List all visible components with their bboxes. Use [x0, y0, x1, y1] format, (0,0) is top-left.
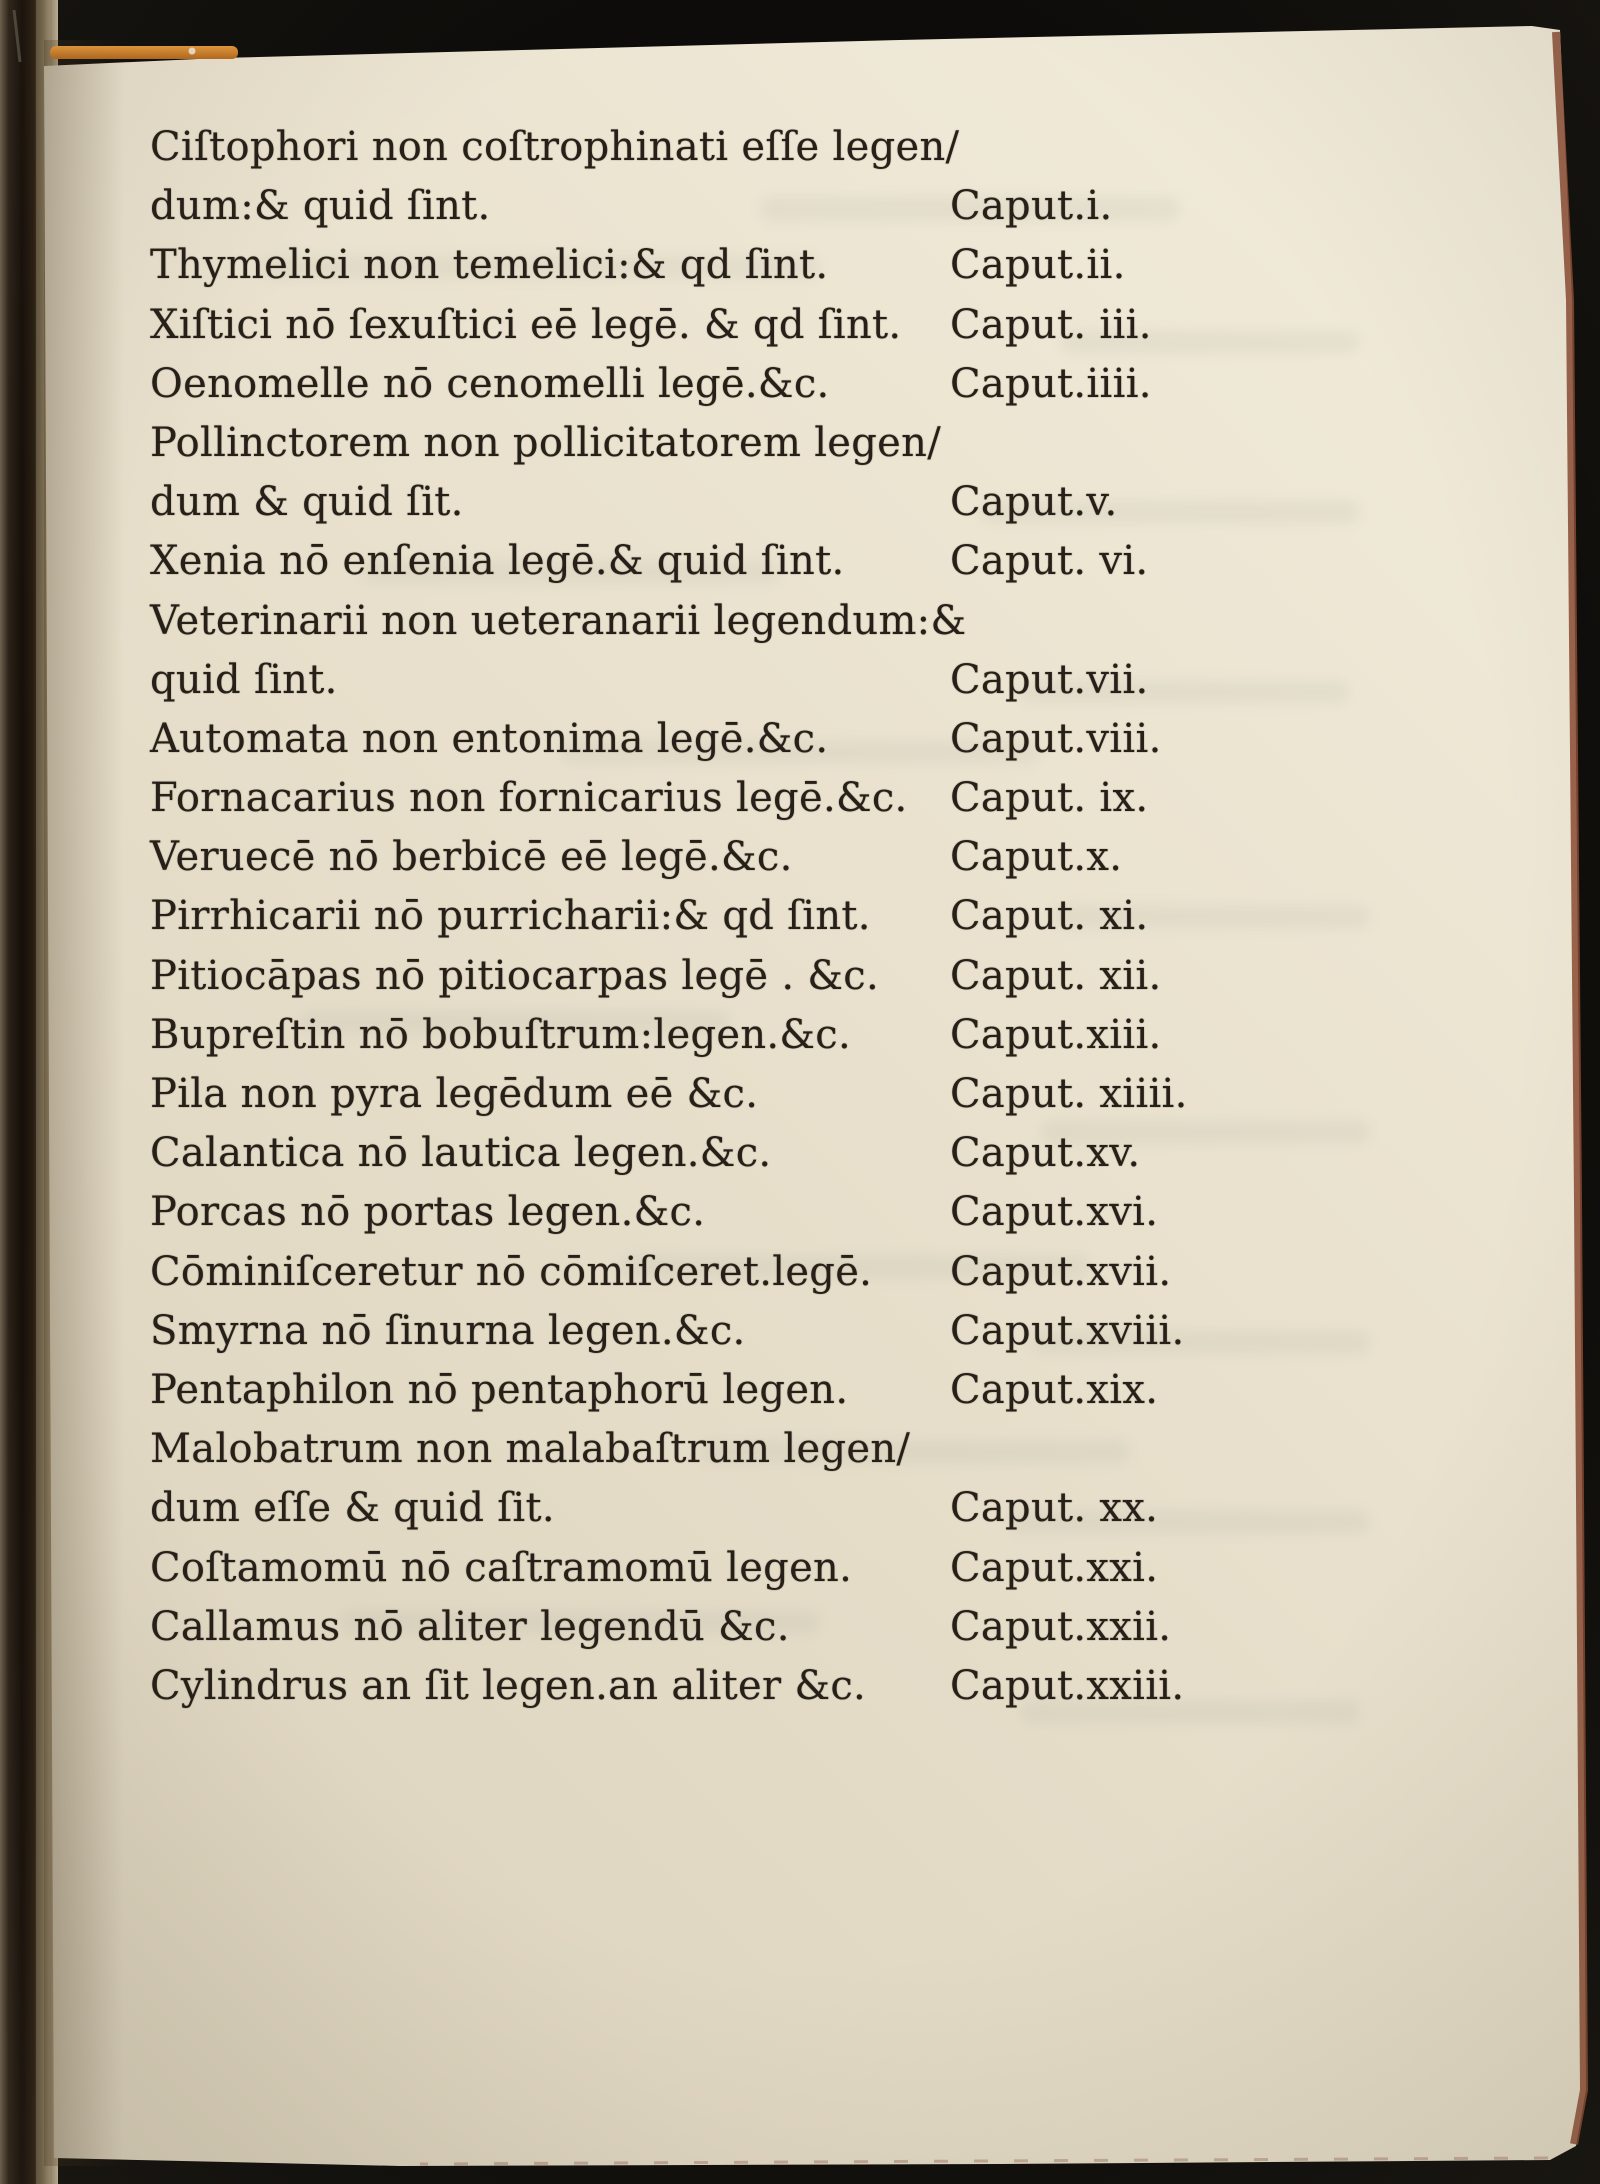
- toc-entry-text: Cylindrus an ſit legen.an aliter &c.: [150, 1657, 866, 1716]
- chapter-number: Caput.viii.: [950, 710, 1162, 769]
- toc-entry-text: dum:& quid ſint.: [150, 177, 491, 236]
- toc-row: Cōminiſceretur nō cōmiſceret.legē. Caput…: [150, 1243, 1450, 1302]
- toc-row: Veruecē nō berbicē eē legē.&c. Caput.x.: [150, 828, 1450, 887]
- toc-entry-text: Pirrhicarii nō purricharii:& qd ſint.: [150, 887, 871, 946]
- toc-row: Oenomelle nō cenomelli legē.&c. Caput.ii…: [150, 355, 1450, 414]
- toc-row: Pitiocāpas nō pitiocarpas legē . &c. Cap…: [150, 947, 1450, 1006]
- toc-entry-text: Pila non pyra legēdum eē &c.: [150, 1065, 758, 1124]
- chapter-number: Caput.xviii.: [950, 1302, 1184, 1361]
- chapter-number: Caput. ix.: [950, 769, 1148, 828]
- toc-row: Thymelici non temelici:& qd ſint. Caput.…: [150, 236, 1450, 295]
- toc-entry-text: Fornacarius non fornicarius legē.&c.: [150, 769, 908, 828]
- chapter-number: Caput.i.: [950, 177, 1113, 236]
- toc-row: Automata non entonima legē.&c. Caput.vii…: [150, 710, 1450, 769]
- chapter-number: Caput.iiii.: [950, 355, 1152, 414]
- toc-row: Pentaphilon nō pentaphorū legen. Caput.x…: [150, 1361, 1450, 1420]
- chapter-number: Caput. xx.: [950, 1479, 1158, 1538]
- toc-row: Calantica nō lautica legen.&c. Caput.xv.: [150, 1124, 1450, 1183]
- toc-entry-text: Xiſtici nō ſexuſtici eē legē. & qd ſint.: [150, 296, 901, 355]
- toc-row: dum:& quid ſint. Caput.i.: [150, 177, 1450, 236]
- toc-row: dum eſſe & quid ſit. Caput. xx.: [150, 1479, 1450, 1538]
- toc-entry-text: Veruecē nō berbicē eē legē.&c.: [150, 828, 793, 887]
- toc-entry-text: dum eſſe & quid ſit.: [150, 1479, 555, 1538]
- toc-row: Pila non pyra legēdum eē &c. Caput. xiii…: [150, 1065, 1450, 1124]
- toc-entry-text: Ciſtophori non coſtrophinati eſſe legen/: [150, 118, 959, 177]
- toc-entry-text: Callamus nō aliter legendū &c.: [150, 1598, 790, 1657]
- toc-row: dum & quid ſit. Caput.v.: [150, 473, 1450, 532]
- chapter-number: Caput.xvii.: [950, 1243, 1171, 1302]
- chapter-number: Caput. xiiii.: [950, 1065, 1188, 1124]
- toc-row: Xenia nō enſenia legē.& quid ſint. Caput…: [150, 532, 1450, 591]
- toc-row: Ciſtophori non coſtrophinati eſſe legen/: [150, 118, 1450, 177]
- toc-row: Callamus nō aliter legendū &c. Caput.xxi…: [150, 1598, 1450, 1657]
- toc-entry-text: Thymelici non temelici:& qd ſint.: [150, 236, 828, 295]
- toc-row: Pollinctorem non pollicitatorem legen/: [150, 414, 1450, 473]
- chapter-number: Caput.xxi.: [950, 1539, 1158, 1598]
- toc-entry-text: Pollinctorem non pollicitatorem legen/: [150, 414, 941, 473]
- toc-entry-text: Automata non entonima legē.&c.: [150, 710, 828, 769]
- toc-entry-text: Bupreſtin nō bobuſtrum:legen.&c.: [150, 1006, 851, 1065]
- chapter-number: Caput. iii.: [950, 296, 1152, 355]
- chapter-number: Caput.vii.: [950, 651, 1149, 710]
- toc-entry-text: Xenia nō enſenia legē.& quid ſint.: [150, 532, 844, 591]
- toc-row: Malobatrum non malabaſtrum legen/: [150, 1420, 1450, 1479]
- toc-entry-text: Pentaphilon nō pentaphorū legen.: [150, 1361, 848, 1420]
- toc-entry-text: Veterinarii non ueteranarii legendum:&: [150, 592, 966, 651]
- toc-row: Smyrna nō ſinurna legen.&c. Caput.xviii.: [150, 1302, 1450, 1361]
- toc-entry-text: Cōminiſceretur nō cōmiſceret.legē.: [150, 1243, 872, 1302]
- toc-row: Coſtamomū nō caſtramomū legen. Caput.xxi…: [150, 1539, 1450, 1598]
- toc-row: Fornacarius non fornicarius legē.&c. Cap…: [150, 769, 1450, 828]
- chapter-number: Caput.xv.: [950, 1124, 1140, 1183]
- table-of-contents: Ciſtophori non coſtrophinati eſſe legen/…: [150, 118, 1450, 1716]
- chapter-number: Caput.xxii.: [950, 1598, 1171, 1657]
- chapter-number: Caput.x.: [950, 828, 1122, 887]
- toc-row: Xiſtici nō ſexuſtici eē legē. & qd ſint.…: [150, 296, 1450, 355]
- toc-entry-text: Coſtamomū nō caſtramomū legen.: [150, 1539, 852, 1598]
- toc-entry-text: Oenomelle nō cenomelli legē.&c.: [150, 355, 830, 414]
- toc-row: Porcas nō portas legen.&c. Caput.xvi.: [150, 1183, 1450, 1242]
- toc-row: Bupreſtin nō bobuſtrum:legen.&c. Caput.x…: [150, 1006, 1450, 1065]
- chapter-number: Caput.xxiii.: [950, 1657, 1184, 1716]
- chapter-number: Caput.ii.: [950, 236, 1126, 295]
- toc-row: Pirrhicarii nō purricharii:& qd ſint. Ca…: [150, 887, 1450, 946]
- chapter-number: Caput. xii.: [950, 947, 1161, 1006]
- chapter-number: Caput. xi.: [950, 887, 1148, 946]
- toc-row: quid ſint. Caput.vii.: [150, 651, 1450, 710]
- chapter-number: Caput. vi.: [950, 532, 1148, 591]
- toc-entry-text: Calantica nō lautica legen.&c.: [150, 1124, 771, 1183]
- toc-entry-text: Smyrna nō ſinurna legen.&c.: [150, 1302, 746, 1361]
- toc-entry-text: Porcas nō portas legen.&c.: [150, 1183, 705, 1242]
- toc-entry-text: Malobatrum non malabaſtrum legen/: [150, 1420, 910, 1479]
- toc-entry-text: quid ſint.: [150, 651, 338, 710]
- scanned-book-page: Ciſtophori non coſtrophinati eſſe legen/…: [0, 0, 1600, 2184]
- chapter-number: Caput.xix.: [950, 1361, 1158, 1420]
- chapter-number: Caput.xiii.: [950, 1006, 1162, 1065]
- toc-entry-text: Pitiocāpas nō pitiocarpas legē . &c.: [150, 947, 879, 1006]
- chapter-number: Caput.v.: [950, 473, 1118, 532]
- toc-row: Cylindrus an ſit legen.an aliter &c. Cap…: [150, 1657, 1450, 1716]
- chapter-number: Caput.xvi.: [950, 1183, 1158, 1242]
- toc-entry-text: dum & quid ſit.: [150, 473, 464, 532]
- toc-row: Veterinarii non ueteranarii legendum:&: [150, 592, 1450, 651]
